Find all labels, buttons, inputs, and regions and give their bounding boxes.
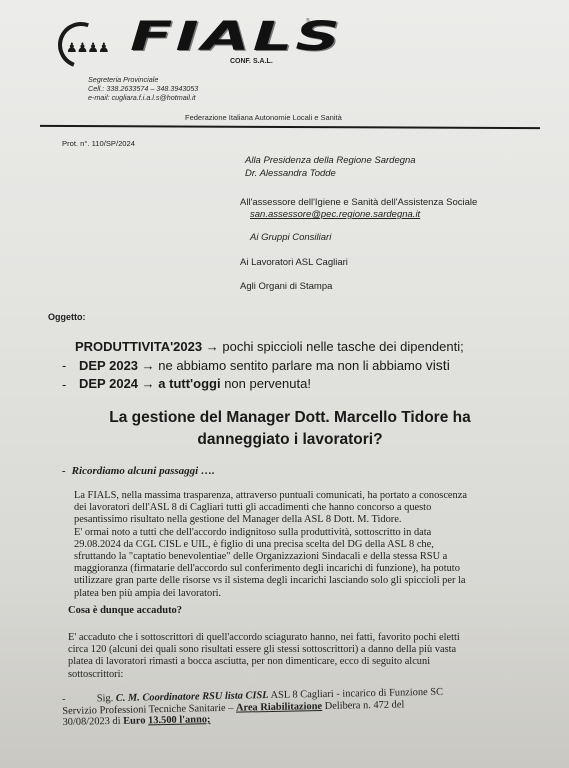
signatory-entry: - Sig. C. M. Coordinatore RSU lista CISL… — [62, 687, 444, 729]
headline-line-1: La gestione del Manager Dott. Marcello T… — [105, 407, 475, 429]
section-ricordiamo-paragraph: La FIALS, nella massima trasparenza, att… — [74, 490, 532, 600]
recipient-lavoratori: Ai Lavoratori ASL Cagliari — [240, 257, 348, 268]
bullet-dash: - — [62, 358, 66, 373]
protocol-number: Prot. n°. 110/SP/2024 — [62, 139, 135, 148]
contact-office: Segreteria Provinciale — [88, 75, 198, 84]
headline-line-2: danneggiato i lavoratori? — [105, 429, 475, 451]
contact-email: e-mail: cugliara.f.i.a.l.s@hotmail.it — [88, 93, 198, 102]
logo-subtitle: CONF. S.A.L. — [230, 58, 273, 65]
registered-mark: ® — [306, 18, 310, 24]
recipient-presidenza: Alla Presidenza della Regione Sardegna — [245, 155, 416, 166]
section-cosa-paragraph: E' accaduto che i sottoscrittori di quel… — [68, 632, 532, 681]
recipient-assessore: All'assessore dell'Igiene e Sanità dell'… — [240, 197, 477, 208]
recipient-gruppi: Ai Gruppi Consiliari — [250, 232, 331, 243]
arrow-right-icon: → — [206, 339, 219, 354]
recipient-assessore-email[interactable]: san.assessore@pec.regione.sardegna.it — [250, 209, 420, 220]
header-divider — [40, 125, 540, 129]
federation-name: Federazione Italiana Autonomie Locali e … — [185, 113, 342, 122]
section-cosa-title: Cosa è dunque accaduto? — [68, 605, 182, 616]
recipient-stampa: Agli Organi di Stampa — [240, 281, 332, 292]
amount: 13.500 l'anno; — [148, 714, 211, 726]
contact-block: Segreteria Provinciale Cell.: 338.263357… — [88, 75, 198, 102]
headline: La gestione del Manager Dott. Marcello T… — [105, 407, 475, 451]
subject-label: Oggetto: — [48, 312, 86, 322]
arrow-right-icon: → — [142, 376, 155, 391]
arrow-right-icon: → — [142, 358, 155, 373]
subject-item-produttivita: PRODUTTIVITA'2023 → pochi spiccioli nell… — [75, 339, 464, 354]
subject-item-dep2023: DEP 2023 → ne abbiamo sentito parlare ma… — [79, 357, 450, 373]
section-ricordiamo-title: -Ricordiamo alcuni passaggi …. — [62, 465, 215, 477]
recipient-presidenza-name: Dr. Alessandra Todde — [245, 168, 336, 179]
bullet-dash: - — [62, 377, 66, 392]
contact-phone: Cell.: 338.2633574 – 348.3943053 — [88, 84, 198, 93]
subject-item-dep2024: DEP 2024 → a tutt'oggi non pervenuta! — [79, 376, 311, 391]
fials-logo: FIALS — [130, 14, 343, 60]
people-family-icon: ♟♟♟♟ — [66, 40, 109, 56]
